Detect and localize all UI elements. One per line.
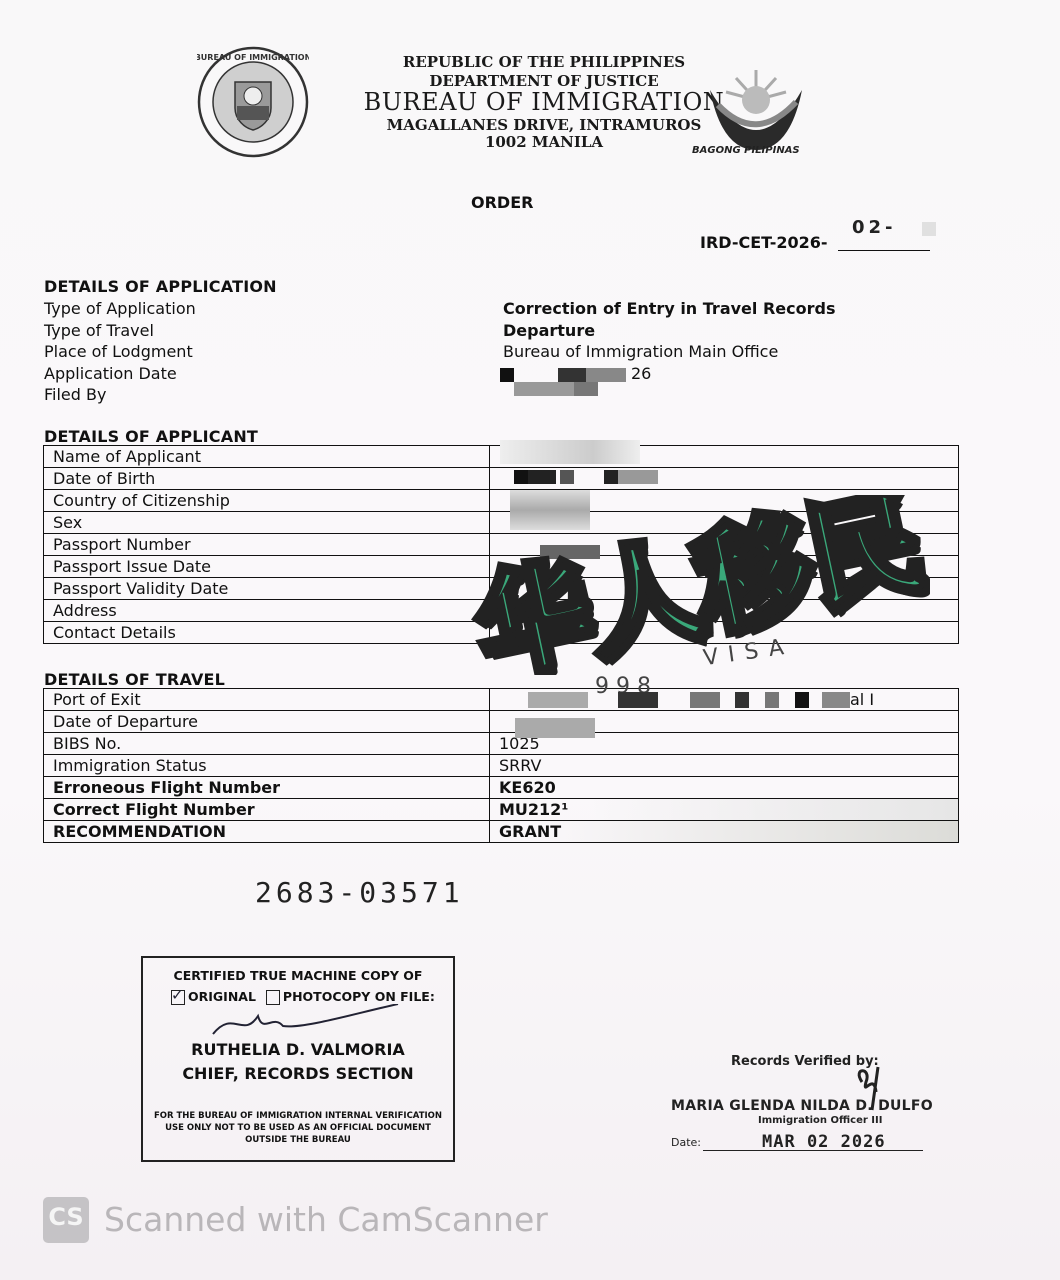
table-row: Correct Flight NumberMU212¹: [44, 798, 958, 820]
option-photocopy: PHOTOCOPY ON FILE:: [266, 989, 435, 1005]
bagong-pilipinas-label: BAGONG PILIPINAS: [692, 145, 800, 156]
checkbox-checked-icon: [171, 990, 185, 1005]
application-label: Type of Travel: [44, 320, 196, 342]
order-title: ORDER: [471, 193, 533, 212]
redacted-block: [618, 692, 658, 708]
travel-label: Correct Flight Number: [44, 799, 489, 820]
redacted-block: [528, 470, 556, 484]
travel-type-value: Departure: [503, 320, 835, 342]
application-label: Place of Lodgment: [44, 341, 196, 363]
lodgment-value: Bureau of Immigration Main Office: [503, 341, 835, 363]
option-original: ORIGINAL: [171, 989, 256, 1005]
redacted-block: [500, 368, 514, 382]
redacted-block: [690, 692, 720, 708]
camscanner-logo-icon: CS: [43, 1197, 89, 1243]
applicant-label: Passport Issue Date: [44, 556, 489, 577]
header-city: 1002 MANILA: [14, 133, 1060, 151]
table-row: RECOMMENDATIONGRANT: [44, 820, 958, 842]
verification-role: Immigration Officer III: [758, 1115, 882, 1126]
redacted-block: [558, 368, 586, 382]
table-row: Port of Exital I: [44, 688, 958, 710]
applicant-label: Sex: [44, 512, 489, 533]
stamped-control-number: 2683-03571: [255, 876, 464, 909]
redacted-block: [765, 692, 779, 708]
header-address: MAGALLANES DRIVE, INTRAMUROS: [14, 116, 1060, 134]
redacted-block: [604, 470, 618, 484]
redacted-block: [735, 692, 749, 708]
applicant-section-title: DETAILS OF APPLICANT: [44, 427, 258, 446]
application-type-value: Correction of Entry in Travel Records: [503, 298, 835, 320]
checkbox-empty-icon: [266, 990, 280, 1005]
application-label: Application Date: [44, 363, 196, 385]
camscanner-text: Scanned with CamScanner: [104, 1200, 548, 1239]
svg-text:华人移民: 华人移民: [470, 495, 930, 675]
redacted-block: [514, 470, 528, 484]
order-reference: IRD-CET-2026-: [700, 233, 828, 252]
erroneous-flight-value: KE620: [489, 777, 958, 798]
order-reference-handwritten: 02-: [852, 217, 897, 238]
redacted-block: [515, 718, 595, 738]
signature-icon: [203, 1004, 403, 1044]
applicant-label: Name of Applicant: [44, 446, 489, 467]
redacted-block: [922, 222, 936, 236]
redacted-block: [618, 470, 658, 484]
applicant-label: Country of Citizenship: [44, 490, 489, 511]
certification-options: ORIGINAL PHOTOCOPY ON FILE:: [171, 989, 435, 1005]
table-row: Date of Birth: [44, 467, 958, 489]
recommendation-value: GRANT: [489, 821, 958, 842]
application-section-title: DETAILS OF APPLICATION: [44, 277, 277, 296]
applicant-label: Passport Number: [44, 534, 489, 555]
travel-label: Port of Exit: [44, 689, 489, 710]
table-row: BIBS No.1025: [44, 732, 958, 754]
certification-title: CERTIFIED TRUE MACHINE COPY OF: [143, 968, 453, 983]
travel-label: RECOMMENDATION: [44, 821, 489, 842]
application-label: Type of Application: [44, 298, 196, 320]
verification-date-label: Date:: [671, 1136, 701, 1149]
applicant-label: Address: [44, 600, 489, 621]
applicant-label: Contact Details: [44, 622, 489, 643]
certification-signatory-role: CHIEF, RECORDS SECTION: [143, 1064, 453, 1083]
header-bureau: BUREAU OF IMMIGRATION: [14, 88, 1060, 116]
travel-label: Date of Departure: [44, 711, 489, 732]
application-values: Correction of Entry in Travel Records De…: [503, 298, 835, 384]
certification-stamp: CERTIFIED TRUE MACHINE COPY OF ORIGINAL …: [141, 956, 455, 1162]
watermark-logo-icon: 华人移民 华人移民 华人移民: [470, 495, 930, 675]
application-date-value: 26: [503, 363, 835, 385]
header-republic: REPUBLIC OF THE PHILIPPINES: [14, 53, 1060, 71]
redacted-block: [560, 470, 574, 484]
applicant-label: Passport Validity Date: [44, 578, 489, 599]
immigration-status-value: SRRV: [489, 755, 958, 776]
redacted-block: [574, 382, 598, 396]
verification-name: MARIA GLENDA NILDA D. DULFO: [671, 1098, 933, 1114]
redacted-block: [514, 382, 574, 396]
redacted-block: [795, 692, 809, 708]
application-labels: Type of Application Type of Travel Place…: [44, 298, 196, 406]
travel-label: Immigration Status: [44, 755, 489, 776]
table-row: Date of Departure: [44, 710, 958, 732]
correct-flight-value: MU212¹: [489, 799, 958, 820]
table-row: Erroneous Flight NumberKE620: [44, 776, 958, 798]
redacted-block: [500, 440, 640, 464]
travel-label: Erroneous Flight Number: [44, 777, 489, 798]
travel-table: Port of Exital I Date of Departure BIBS …: [43, 688, 959, 843]
redacted-block: [822, 692, 850, 708]
redacted-block: [586, 368, 626, 382]
order-reference-line: [838, 250, 930, 251]
application-label: Filed By: [44, 384, 196, 406]
travel-label: BIBS No.: [44, 733, 489, 754]
travel-section-title: DETAILS OF TRAVEL: [44, 670, 225, 689]
table-row: Immigration StatusSRRV: [44, 754, 958, 776]
certification-signatory-name: RUTHELIA D. VALMORIA: [143, 1040, 453, 1059]
redacted-block: [528, 692, 588, 708]
certification-note: FOR THE BUREAU OF IMMIGRATION INTERNAL V…: [149, 1110, 447, 1146]
verification-date: MAR 02 2026: [762, 1132, 886, 1152]
applicant-label: Date of Birth: [44, 468, 489, 489]
